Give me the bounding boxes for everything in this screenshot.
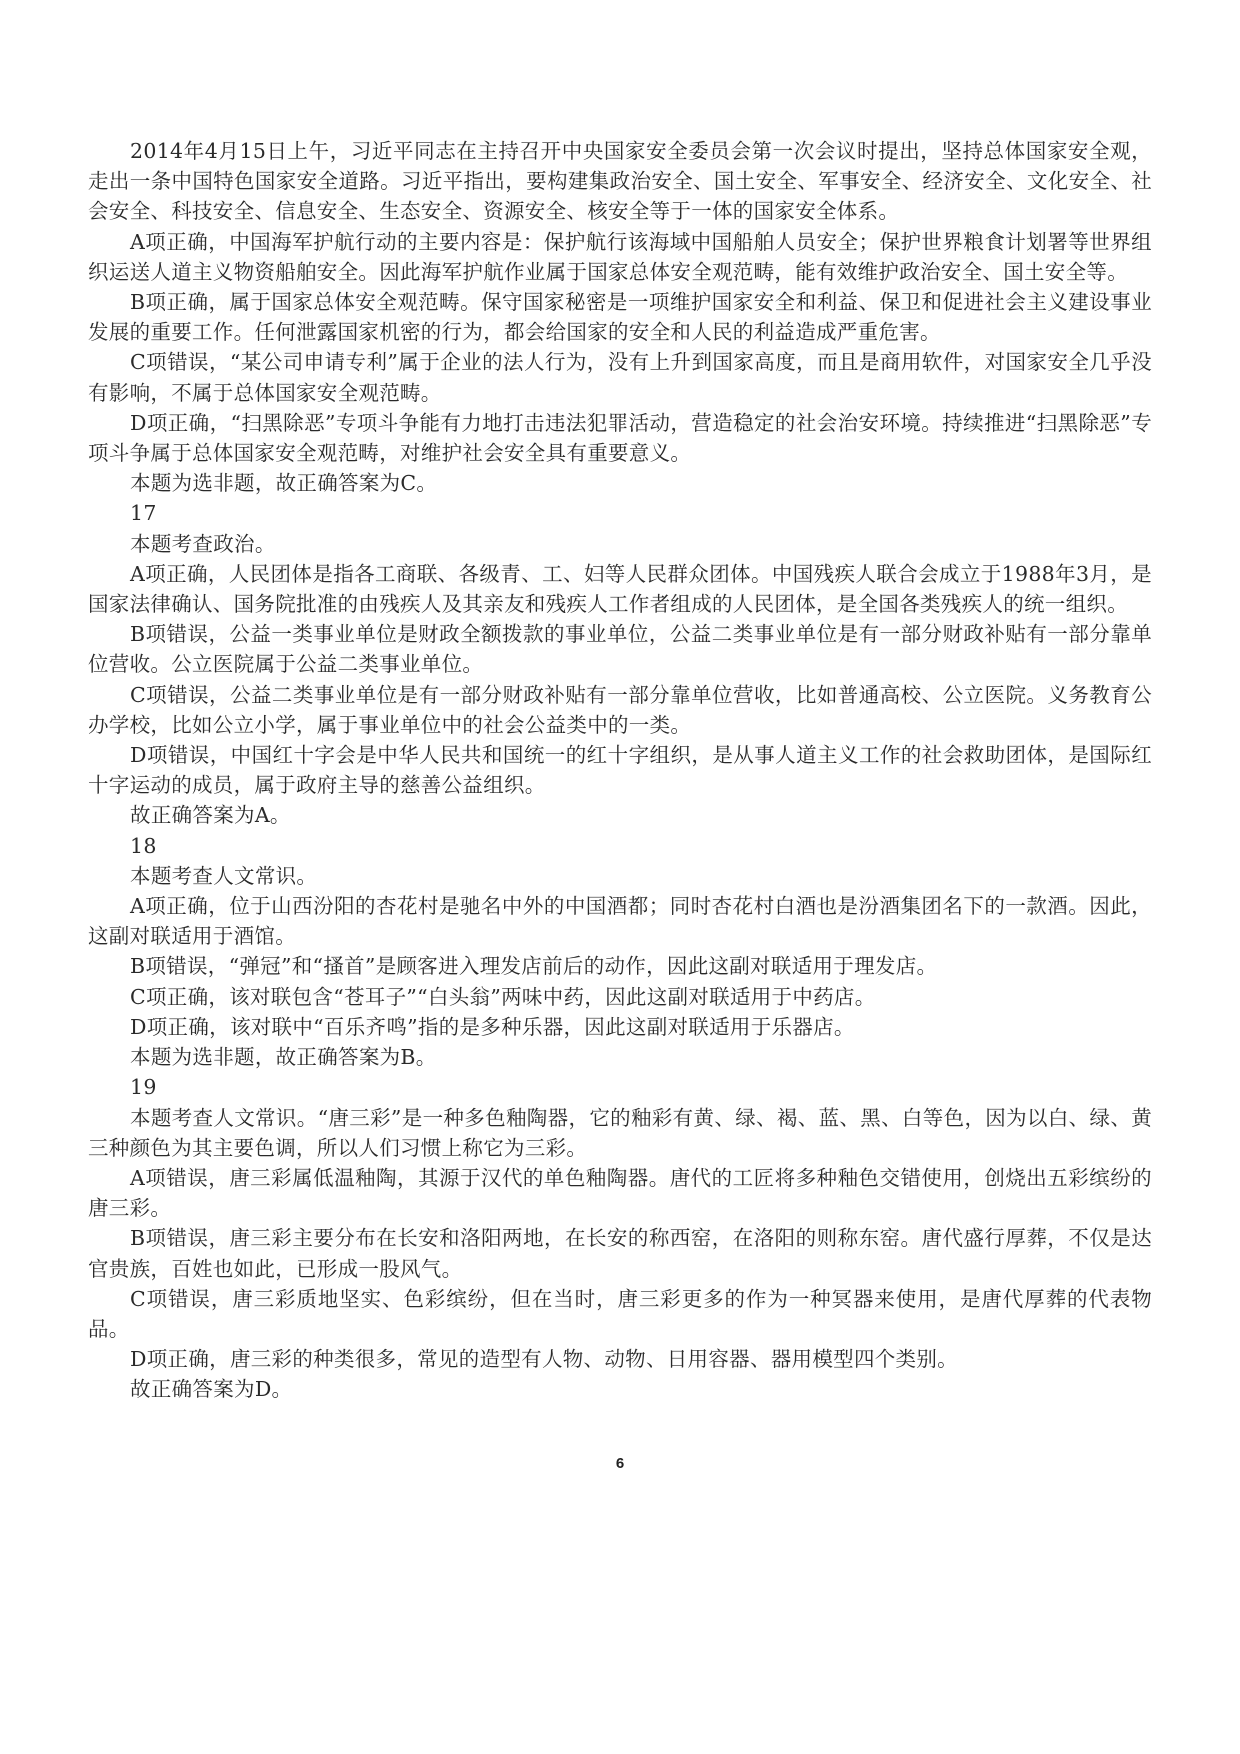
document-page: 2014年4月15日上午，习近平同志在主持召开中央国家安全委员会第一次会议时提出… bbox=[0, 0, 1240, 1754]
answer-statement: 本题为选非题，故正确答案为C。 bbox=[88, 468, 1152, 498]
topic-statement: 本题考查人文常识。 bbox=[88, 861, 1152, 891]
question-number: 17 bbox=[88, 498, 1152, 528]
question-number: 18 bbox=[88, 831, 1152, 861]
question-number: 19 bbox=[88, 1072, 1152, 1102]
question-16-explanation: 2014年4月15日上午，习近平同志在主持召开中央国家安全委员会第一次会议时提出… bbox=[88, 136, 1152, 498]
option-d-explanation: D项错误，中国红十字会是中华人民共和国统一的红十字组织，是从事人道主义工作的社会… bbox=[88, 740, 1152, 800]
option-b-explanation: B项错误，唐三彩主要分布在长安和洛阳两地，在长安的称西窑，在洛阳的则称东窑。唐代… bbox=[88, 1223, 1152, 1283]
topic-statement: 本题考查政治。 bbox=[88, 529, 1152, 559]
option-a-explanation: A项正确，中国海军护航行动的主要内容是：保护航行该海域中国船舶人员安全；保护世界… bbox=[88, 227, 1152, 287]
question-19-explanation: 19 本题考查人文常识。“唐三彩”是一种多色釉陶器，它的釉彩有黄、绿、褐、蓝、黑… bbox=[88, 1072, 1152, 1404]
option-c-explanation: C项错误，“某公司申请专利”属于企业的法人行为，没有上升到国家高度，而且是商用软… bbox=[88, 347, 1152, 407]
option-a-explanation: A项正确，位于山西汾阳的杏花村是驰名中外的中国酒都；同时杏花村白酒也是汾酒集团名… bbox=[88, 891, 1152, 951]
option-d-explanation: D项正确，“扫黑除恶”专项斗争能有力地打击违法犯罪活动，营造稳定的社会治安环境。… bbox=[88, 408, 1152, 468]
question-17-explanation: 17 本题考查政治。 A项正确，人民团体是指各工商联、各级青、工、妇等人民群众团… bbox=[88, 498, 1152, 830]
paragraph: 2014年4月15日上午，习近平同志在主持召开中央国家安全委员会第一次会议时提出… bbox=[88, 136, 1152, 227]
question-18-explanation: 18 本题考查人文常识。 A项正确，位于山西汾阳的杏花村是驰名中外的中国酒都；同… bbox=[88, 831, 1152, 1073]
answer-statement: 故正确答案为A。 bbox=[88, 800, 1152, 830]
option-d-explanation: D项正确，唐三彩的种类很多，常见的造型有人物、动物、日用容器、器用模型四个类别。 bbox=[88, 1344, 1152, 1374]
option-b-explanation: B项错误，公益一类事业单位是财政全额拨款的事业单位，公益二类事业单位是有一部分财… bbox=[88, 619, 1152, 679]
option-b-explanation: B项正确，属于国家总体安全观范畴。保守国家秘密是一项维护国家安全和利益、保卫和促… bbox=[88, 287, 1152, 347]
option-b-explanation: B项错误，“弹冠”和“搔首”是顾客进入理发店前后的动作，因此这副对联适用于理发店… bbox=[88, 951, 1152, 981]
page-number: 6 bbox=[0, 1455, 1240, 1472]
option-c-explanation: C项错误，公益二类事业单位是有一部分财政补贴有一部分靠单位营收，比如普通高校、公… bbox=[88, 680, 1152, 740]
answer-statement: 故正确答案为D。 bbox=[88, 1374, 1152, 1404]
option-c-explanation: C项正确，该对联包含“苍耳子”“白头翁”两味中药，因此这副对联适用于中药店。 bbox=[88, 982, 1152, 1012]
option-a-explanation: A项错误，唐三彩属低温釉陶，其源于汉代的单色釉陶器。唐代的工匠将多种釉色交错使用… bbox=[88, 1163, 1152, 1223]
option-a-explanation: A项正确，人民团体是指各工商联、各级青、工、妇等人民群众团体。中国残疾人联合会成… bbox=[88, 559, 1152, 619]
answer-statement: 本题为选非题，故正确答案为B。 bbox=[88, 1042, 1152, 1072]
page-body: 2014年4月15日上午，习近平同志在主持召开中央国家安全委员会第一次会议时提出… bbox=[88, 136, 1152, 1405]
option-d-explanation: D项正确，该对联中“百乐齐鸣”指的是多种乐器，因此这副对联适用于乐器店。 bbox=[88, 1012, 1152, 1042]
topic-statement: 本题考查人文常识。“唐三彩”是一种多色釉陶器，它的釉彩有黄、绿、褐、蓝、黑、白等… bbox=[88, 1103, 1152, 1163]
option-c-explanation: C项错误，唐三彩质地坚实、色彩缤纷，但在当时，唐三彩更多的作为一种冥器来使用，是… bbox=[88, 1284, 1152, 1344]
